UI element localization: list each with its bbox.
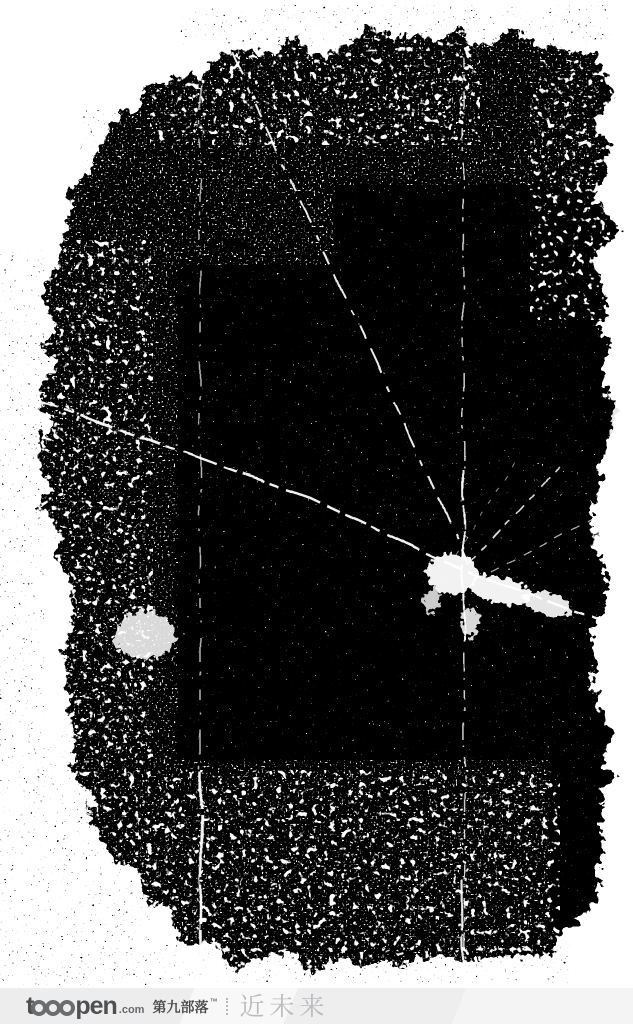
watermark-bar: t pen .com 第九部落 ™ 近未来 [0, 988, 633, 1024]
brand-chinese-name: 第九部落 [152, 997, 208, 1017]
ring-icon [59, 1000, 75, 1016]
dotted-divider-icon [226, 998, 228, 1015]
trademark-symbol: ™ [209, 997, 217, 1006]
brand-logo: t pen .com 第九部落 ™ 近未来 [0, 994, 329, 1019]
brand-tld: .com [119, 1004, 145, 1016]
brand-suffix: pen [75, 994, 116, 1019]
brand-slogan: 近未来 [239, 995, 329, 1020]
scratch-vertical-right-bottom [462, 880, 463, 1005]
grunge-ink-art [0, 0, 633, 1024]
grunge-texture-image: t pen .com 第九部落 ™ 近未来 [0, 0, 633, 1024]
